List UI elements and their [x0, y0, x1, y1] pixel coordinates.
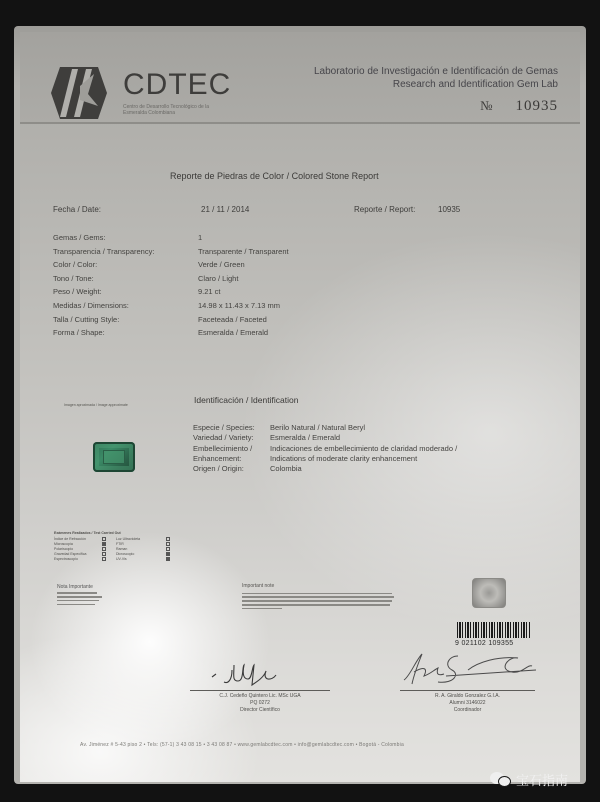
- barcode-number: 9 021102 109355: [455, 640, 513, 647]
- property-row: Peso / Weight:9.21 ct: [53, 287, 289, 301]
- lab-title-es: Laboratorio de Investigación e Identific…: [314, 65, 558, 78]
- property-row: Color / Color:Verde / Green: [53, 260, 289, 274]
- tests-title: Exámenes Realizados / Test Carried Out: [54, 531, 174, 535]
- gem-certificate: CDTEC Centro de Desarrollo Tecnológico d…: [20, 32, 580, 782]
- identification-row: Embellecimiento /Indicaciones de embelle…: [193, 444, 457, 454]
- certificate-number-value: 10935: [516, 98, 559, 114]
- test-checkbox: [102, 537, 106, 541]
- footer-contact: Av. Jiménez # 5-43 piso 2 • Tels: (57-1)…: [80, 742, 404, 748]
- test-label: FTIR: [116, 542, 166, 546]
- text-line: [242, 593, 392, 595]
- text-line: [242, 604, 390, 606]
- signer-role: Director Científico: [190, 707, 330, 714]
- identification-row: Variedad / Variety:Esmeralda / Emerald: [193, 433, 457, 443]
- test-label: Dicroscopio: [116, 552, 166, 556]
- tests-grid: Índice de RefracciónLuz UltravioletaMicr…: [54, 537, 174, 561]
- test-label: Polariscopio: [54, 547, 102, 551]
- test-label: Gravedad Específica: [54, 552, 102, 556]
- signature-1-icon: [210, 657, 290, 687]
- test-checkbox: [102, 542, 106, 546]
- signature-line: [400, 690, 535, 691]
- property-row: Gemas / Gems:1: [53, 233, 289, 247]
- barcode: [457, 622, 531, 638]
- text-line: [57, 600, 99, 602]
- watermark-text: 宝石指南: [516, 770, 568, 789]
- report-label: Reporte / Report:: [354, 205, 415, 214]
- date-label: Fecha / Date:: [53, 205, 101, 214]
- identification-row: Origen / Origin:Colombia: [193, 464, 457, 474]
- test-label: Espectroscopio: [54, 557, 102, 561]
- stone-properties: Gemas / Gems:1 Transparencia / Transpare…: [53, 233, 289, 342]
- cdtec-logo-icon: [50, 66, 108, 120]
- brand-subtitle: Centro de Desarrollo Tecnológico de la E…: [123, 104, 233, 116]
- signature-line: [190, 690, 330, 691]
- wechat-watermark: 宝石指南: [490, 770, 568, 789]
- report-title: Reporte de Piedras de Color / Colored St…: [170, 171, 379, 181]
- lab-title: Laboratorio de Investigación e Identific…: [314, 65, 558, 91]
- text-line: [57, 596, 102, 598]
- property-row: Talla / Cutting Style:Faceteada / Facete…: [53, 315, 289, 329]
- text-line: [242, 596, 394, 598]
- tests-carried-out: Exámenes Realizados / Test Carried Out Í…: [54, 531, 174, 561]
- nota-importante: Nota Importante: [57, 584, 207, 607]
- text-line: [57, 592, 97, 594]
- property-row: Transparencia / Transparency:Transparent…: [53, 247, 289, 261]
- property-row: Medidas / Dimensions:14.98 x 11.43 x 7.1…: [53, 301, 289, 315]
- test-checkbox: [166, 537, 170, 541]
- test-label: Luz Ultravioleta: [116, 537, 166, 541]
- date-value: 21 / 11 / 2014: [201, 205, 249, 214]
- identification-details: Especie / Species:Berilo Natural / Natur…: [193, 423, 457, 474]
- emerald-gem-image: [93, 442, 135, 472]
- number-symbol: №: [480, 98, 493, 113]
- test-checkbox: [102, 552, 106, 556]
- certificate-number: №10935: [480, 98, 558, 115]
- test-label: Raman: [116, 547, 166, 551]
- important-note: Important note: [242, 584, 397, 619]
- test-label: UV-Vis: [116, 557, 166, 561]
- wechat-icon: [490, 772, 512, 788]
- test-checkbox: [166, 557, 170, 561]
- nota-title: Nota Importante: [57, 584, 207, 590]
- text-line: [242, 608, 282, 610]
- signature-block-coordinator: R. A. Giraldo Gonzalez G.I.A. Alumni 314…: [400, 690, 535, 714]
- hologram-seal: [472, 578, 506, 608]
- test-label: Microscopía: [54, 542, 102, 546]
- image-caption: Imagen aproximada / Image approximate: [64, 403, 128, 407]
- brand-name: CDTEC: [123, 68, 231, 102]
- gem-table-facet: [103, 450, 125, 464]
- identification-row: Enhancement:Indications of moderate clar…: [193, 454, 457, 464]
- test-checkbox: [166, 542, 170, 546]
- signature-block-director: C.J. Cedeño Quintero Lic. MSc UGA PQ 027…: [190, 690, 330, 714]
- text-line: [242, 600, 392, 602]
- text-line: [57, 604, 95, 606]
- signer-id: PQ 0272: [190, 700, 330, 707]
- signer-id: Alumni 3146022: [400, 700, 535, 707]
- signer-name: C.J. Cedeño Quintero Lic. MSc UGA: [190, 693, 330, 700]
- property-row: Forma / Shape:Esmeralda / Emerald: [53, 328, 289, 342]
- signer-role: Coordinador: [400, 707, 535, 714]
- report-value: 10935: [438, 205, 460, 214]
- test-checkbox: [102, 557, 106, 561]
- important-note-title: Important note: [242, 584, 397, 590]
- signature-2-icon: [398, 650, 538, 690]
- lab-title-en: Research and Identification Gem Lab: [314, 78, 558, 91]
- test-checkbox: [166, 552, 170, 556]
- important-note-body: [242, 591, 397, 619]
- identification-row: Especie / Species:Berilo Natural / Natur…: [193, 423, 457, 433]
- test-checkbox: [102, 547, 106, 551]
- test-checkbox: [166, 547, 170, 551]
- identification-title: Identificación / Identification: [194, 395, 298, 405]
- property-row: Tono / Tone:Claro / Light: [53, 274, 289, 288]
- signer-name: R. A. Giraldo Gonzalez G.I.A.: [400, 693, 535, 700]
- test-label: Índice de Refracción: [54, 537, 102, 541]
